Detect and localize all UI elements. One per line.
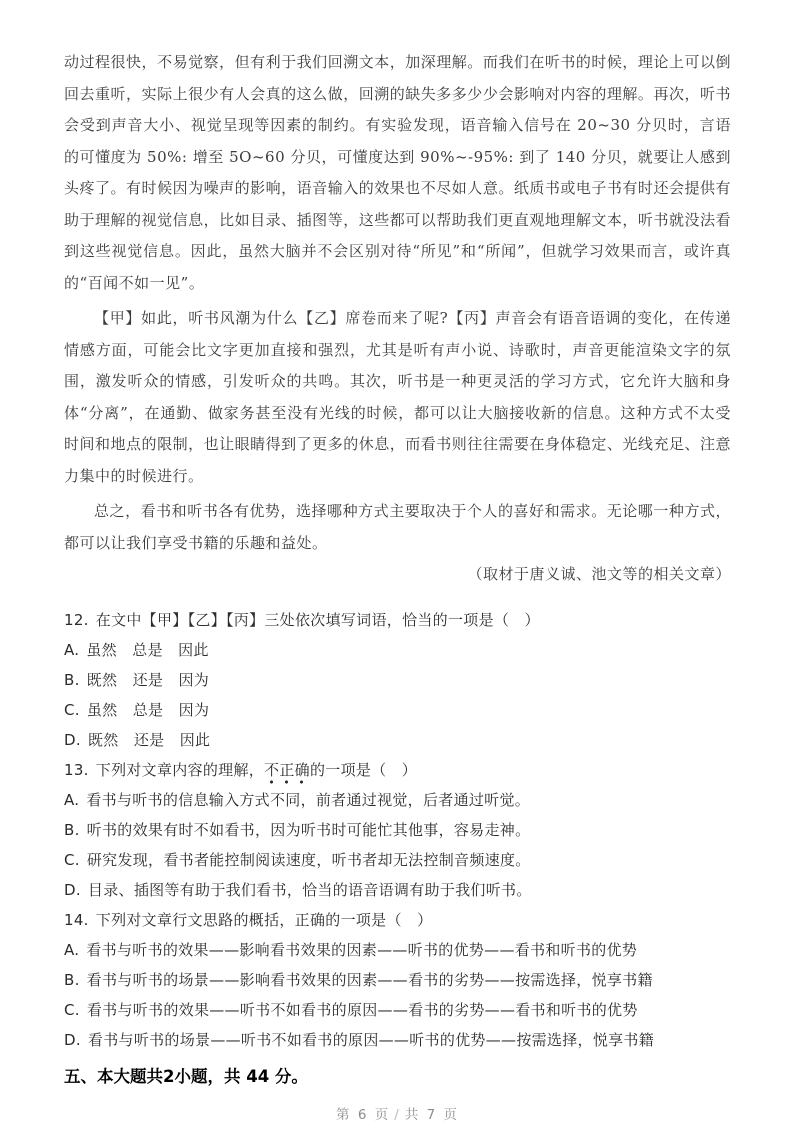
question-14-option-b: B.看书与听书的场景——影响看书效果的因素——看书的劣势——按需选择，悦享书籍: [64, 965, 731, 995]
passage-paragraph-2: 【甲】如此，听书风潮为什么【乙】席卷而来了呢?【丙】声音会有语音语调的变化，在传…: [64, 303, 731, 492]
question-13-stem-suffix: 的一项是（ ）: [310, 761, 417, 779]
option-label: A.: [64, 791, 79, 809]
option-text: 目录、插图等有助于我们看书，恰当的语音语调有助于我们听书。: [88, 881, 532, 899]
question-12-stem: 12.在文中【甲】【乙】【丙】三处依次填写词语，恰当的一项是（ ）: [64, 605, 731, 635]
option-text: 看书与听书的场景——听书不如看书的原因——听书的优势——按需选择，悦享书籍: [88, 1031, 654, 1049]
question-13-number: 13.: [64, 761, 89, 779]
option-label: A.: [64, 641, 79, 659]
question-12: 12.在文中【甲】【乙】【丙】三处依次填写词语，恰当的一项是（ ） A.虽然 总…: [64, 605, 731, 755]
question-13: 13.下列对文章内容的理解，不正确的一项是（ ） A.看书与听书的信息输入方式不…: [64, 755, 731, 905]
questions-section: 12.在文中【甲】【乙】【丙】三处依次填写词语，恰当的一项是（ ） A.虽然 总…: [64, 605, 731, 1055]
option-text: 既然 还是 因此: [88, 731, 210, 749]
question-13-stem: 13.下列对文章内容的理解，不正确的一项是（ ）: [64, 755, 731, 785]
footer-page-number: 第 6 页: [336, 1107, 390, 1122]
page-footer: 第 6 页/共 7 页: [64, 1105, 731, 1122]
option-label: C.: [64, 1001, 80, 1019]
question-13-option-b: B.听书的效果有时不如看书，因为听书时可能忙其他事，容易走神。: [64, 815, 731, 845]
question-13-option-d: D.目录、插图等有助于我们看书，恰当的语音语调有助于我们听书。: [64, 875, 731, 905]
option-text: 既然 还是 因为: [87, 671, 209, 689]
question-14-stem-text: 下列对文章行文思路的概括，正确的一项是（ ）: [96, 911, 433, 929]
footer-separator: /: [390, 1107, 405, 1122]
passage-attribution: （取材于唐义诚、池文等的相关文章）: [64, 559, 731, 589]
option-label: D.: [64, 731, 81, 749]
question-14-option-d: D.看书与听书的场景——听书不如看书的原因——听书的优势——按需选择，悦享书籍: [64, 1025, 731, 1055]
option-label: B.: [64, 971, 80, 989]
question-14-option-a: A.看书与听书的效果——影响看书效果的因素——听书的优势——看书和听书的优势: [64, 935, 731, 965]
option-text: 看书与听书的效果——影响看书效果的因素——听书的优势——看书和听书的优势: [86, 941, 637, 959]
option-label: D.: [64, 1031, 81, 1049]
reading-passage: 动过程很快，不易觉察，但有利于我们回溯文本，加深理解。而我们在听书的时候，理论上…: [64, 47, 731, 589]
passage-paragraph-3: 总之，看书和听书各有优势，选择哪种方式主要取决于个人的喜好和需求。无论哪一种方式…: [64, 496, 731, 559]
question-13-stem-prefix: 下列对文章内容的理解，: [96, 761, 264, 779]
option-text: 看书与听书的信息输入方式不同，前者通过视觉，后者通过听觉。: [86, 791, 530, 809]
question-14-stem: 14.下列对文章行文思路的概括，正确的一项是（ ）: [64, 905, 731, 935]
option-text: 听书的效果有时不如看书，因为听书时可能忙其他事，容易走神。: [87, 821, 531, 839]
option-text: 虽然 总是 因为: [87, 701, 209, 719]
question-12-option-b: B.既然 还是 因为: [64, 665, 731, 695]
option-text: 看书与听书的场景——影响看书效果的因素——看书的劣势——按需选择，悦享书籍: [87, 971, 653, 989]
option-text: 研究发现，看书者能控制阅读速度，听书者却无法控制音频速度。: [87, 851, 531, 869]
question-13-stem-emphasis: 不正确: [264, 761, 310, 785]
question-14: 14.下列对文章行文思路的概括，正确的一项是（ ） A.看书与听书的效果——影响…: [64, 905, 731, 1055]
question-12-stem-text: 在文中【甲】【乙】【丙】三处依次填写词语，恰当的一项是（ ）: [96, 611, 540, 629]
question-12-option-d: D.既然 还是 因此: [64, 725, 731, 755]
option-text: 虽然 总是 因此: [86, 641, 208, 659]
passage-paragraph-1: 动过程很快，不易觉察，但有利于我们回溯文本，加深理解。而我们在听书的时候，理论上…: [64, 47, 731, 299]
question-12-option-a: A.虽然 总是 因此: [64, 635, 731, 665]
option-label: D.: [64, 881, 81, 899]
question-13-option-a: A.看书与听书的信息输入方式不同，前者通过视觉，后者通过听觉。: [64, 785, 731, 815]
question-14-number: 14.: [64, 911, 89, 929]
question-12-option-c: C.虽然 总是 因为: [64, 695, 731, 725]
exam-page: 动过程很快，不易觉察，但有利于我们回溯文本，加深理解。而我们在听书的时候，理论上…: [0, 0, 793, 1122]
option-label: B.: [64, 671, 80, 689]
option-label: A.: [64, 941, 79, 959]
footer-total-pages: 共 7 页: [405, 1107, 459, 1122]
question-13-option-c: C.研究发现，看书者能控制阅读速度，听书者却无法控制音频速度。: [64, 845, 731, 875]
option-label: B.: [64, 821, 80, 839]
option-text: 看书与听书的效果——听书不如看书的原因——看书的劣势——看书和听书的优势: [87, 1001, 638, 1019]
option-label: C.: [64, 701, 80, 719]
question-12-number: 12.: [64, 611, 89, 629]
option-label: C.: [64, 851, 80, 869]
question-14-option-c: C.看书与听书的效果——听书不如看书的原因——看书的劣势——看书和听书的优势: [64, 995, 731, 1025]
section-five-header: 五、本大题共2小题，共 44 分。: [64, 1063, 731, 1091]
